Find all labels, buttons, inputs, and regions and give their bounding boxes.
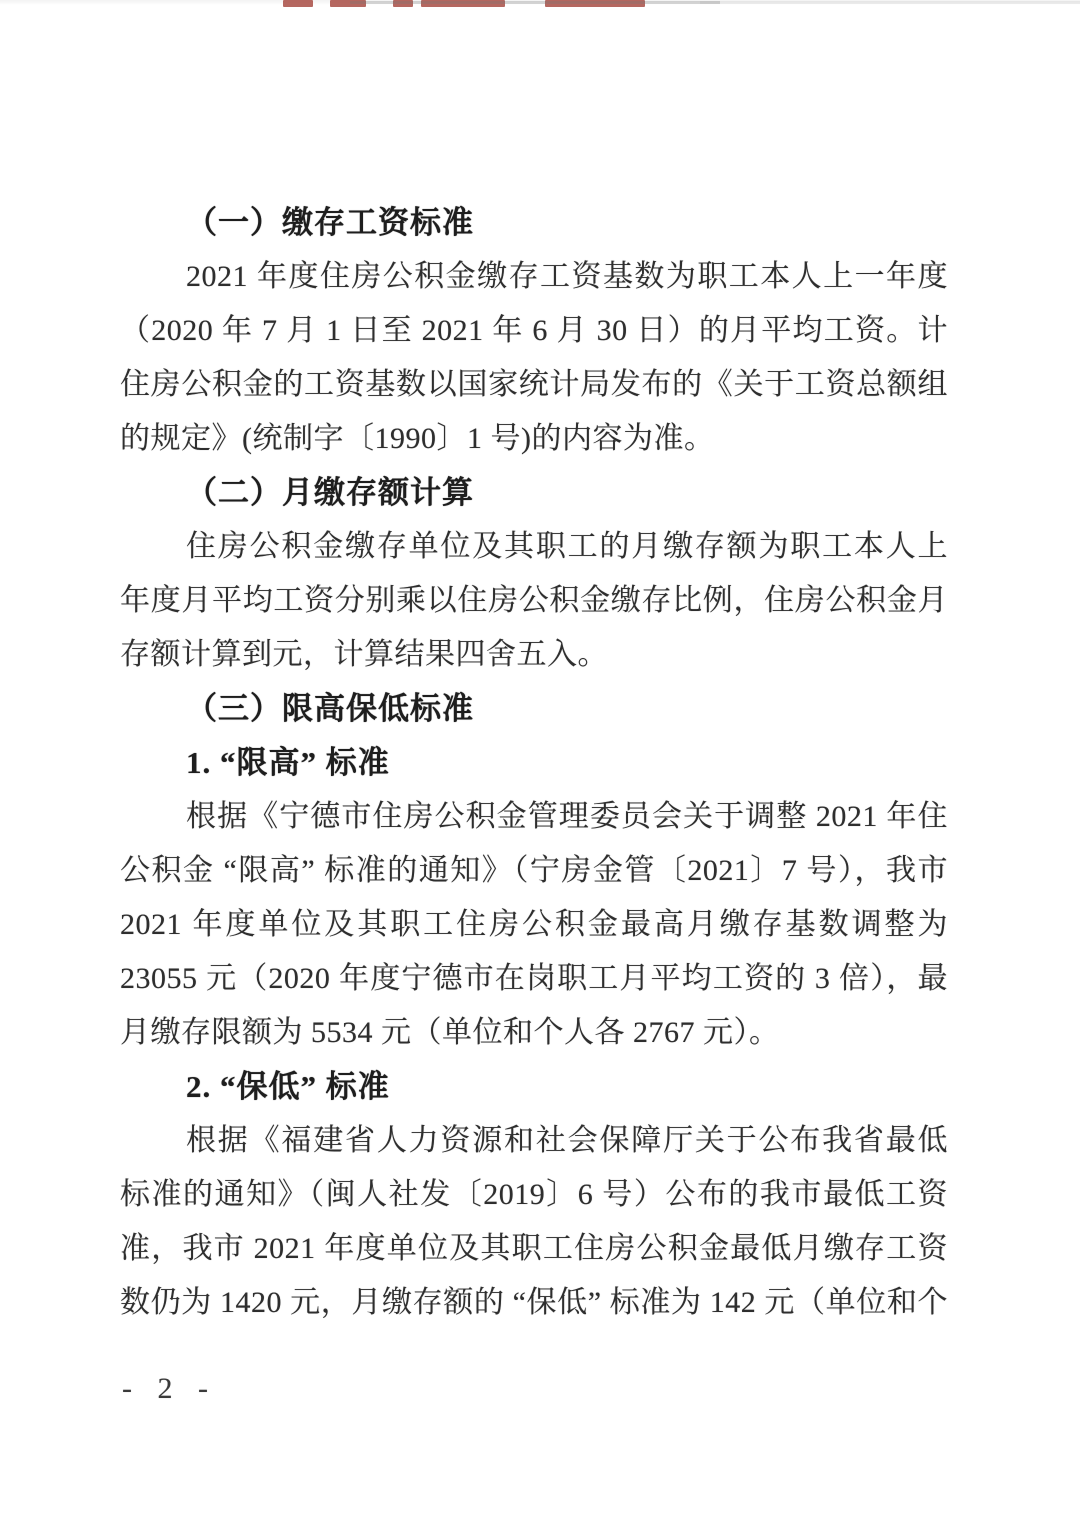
- doc-line: 根据《宁德市住房公积金管理委员会关于调整 2021 年住房: [120, 790, 948, 844]
- doc-line: 23055 元（2020 年度宁德市在岗职工月平均工资的 3 倍），最高: [120, 952, 948, 1006]
- doc-line: 住房公积金缴存单位及其职工的月缴存额为职工本人上一: [120, 520, 948, 574]
- doc-line: 住房公积金的工资基数以国家统计局发布的《关于工资总额组成: [120, 358, 948, 412]
- doc-line: 的规定》(统制字〔1990〕1 号)的内容为准。: [120, 412, 948, 466]
- scan-red-mark: [283, 0, 313, 7]
- doc-line: 标准的通知》（闽人社发〔2019〕6 号）公布的我市最低工资标: [120, 1168, 948, 1222]
- doc-line: 准，我市 2021 年度单位及其职工住房公积金最低月缴存工资基: [120, 1222, 948, 1276]
- doc-line: （2020 年 7 月 1 日至 2021 年 6 月 30 日）的月平均工资。…: [120, 304, 948, 358]
- doc-line: 数仍为 1420 元，月缴存额的 “保低” 标准为 142 元（单位和个: [120, 1276, 948, 1330]
- document-page: （一）缴存工资标准2021 年度住房公积金缴存工资基数为职工本人上一年度（202…: [0, 0, 1080, 1526]
- doc-line: 2021 年度住房公积金缴存工资基数为职工本人上一年度: [120, 250, 948, 304]
- doc-subheading: 1. “限高” 标准: [120, 736, 948, 790]
- doc-subheading: 2. “保低” 标准: [120, 1060, 948, 1114]
- doc-line: 公积金 “限高” 标准的通知》（宁房金管〔2021〕7 号），我市: [120, 844, 948, 898]
- document-content: （一）缴存工资标准2021 年度住房公积金缴存工资基数为职工本人上一年度（202…: [120, 196, 948, 1330]
- scan-grey-line: [350, 1, 720, 4]
- doc-line: 月缴存限额为 5534 元（单位和个人各 2767 元）。: [120, 1006, 948, 1060]
- scan-marks: [0, 0, 1080, 10]
- doc-line: 根据《福建省人力资源和社会保障厅关于公布我省最低工资: [120, 1114, 948, 1168]
- doc-heading: （二）月缴存额计算: [120, 466, 948, 520]
- doc-heading: （一）缴存工资标准: [120, 196, 948, 250]
- doc-heading: （三）限高保低标准: [120, 682, 948, 736]
- doc-line: 年度月平均工资分别乘以住房公积金缴存比例，住房公积金月缴: [120, 574, 948, 628]
- page-number: - 2 -: [122, 1372, 217, 1406]
- doc-line: 2021 年度单位及其职工住房公积金最高月缴存基数调整为: [120, 898, 948, 952]
- scan-grey-line: [700, 1, 1080, 4]
- doc-line: 存额计算到元，计算结果四舍五入。: [120, 628, 948, 682]
